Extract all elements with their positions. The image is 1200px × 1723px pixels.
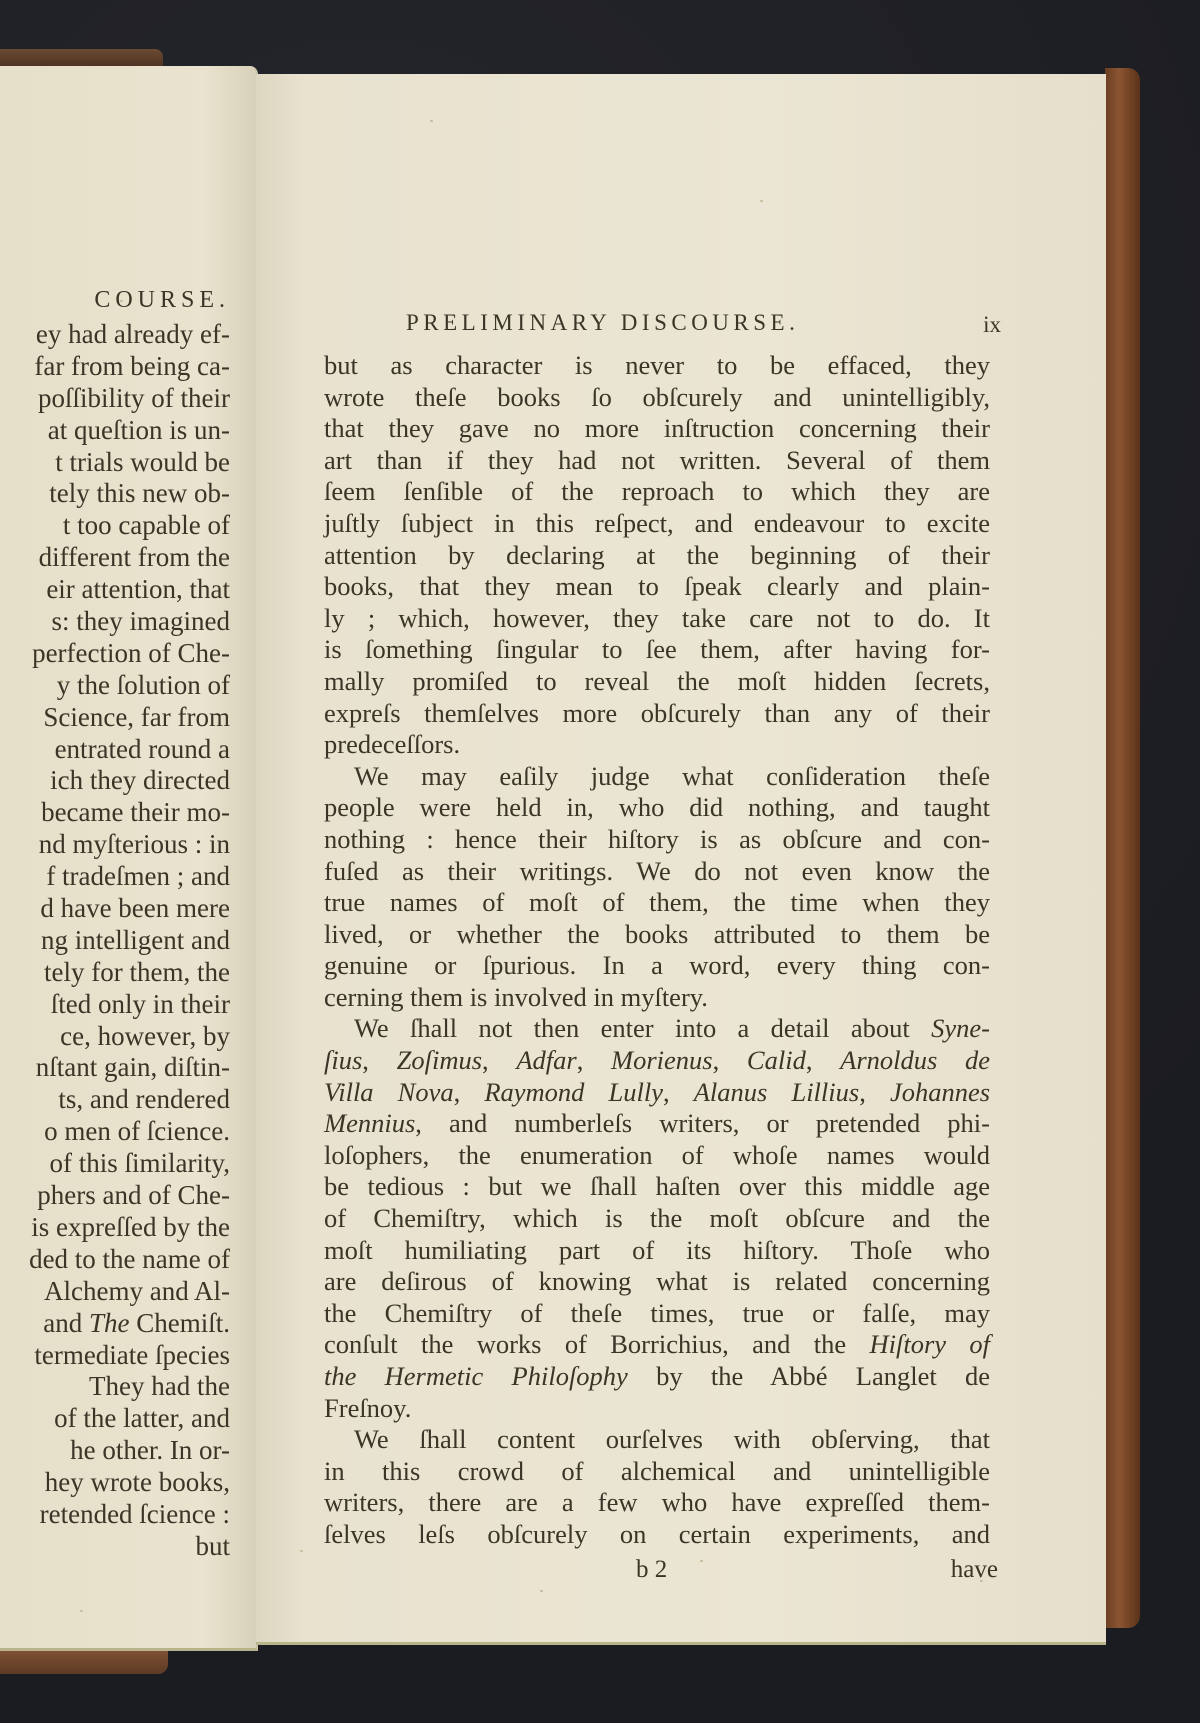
left-page-line: eir attention, that (0, 573, 230, 605)
leather-cover-edge-right (1105, 68, 1140, 1628)
text-line: fuſed as their writings. We do not even … (324, 856, 990, 888)
left-page-line: s: they imagined (0, 605, 230, 637)
paper-speck (60, 680, 63, 682)
left-page-line: ich they directed (0, 764, 230, 796)
text-line: We may eaſily judge what conſideration t… (324, 761, 990, 793)
left-page-line: became their mo- (0, 796, 230, 828)
text-line: loſophers, the enumeration of whoſe name… (324, 1140, 990, 1172)
left-page-line: ſted only in their (0, 988, 230, 1020)
left-page-line: o men of ſcience. (0, 1115, 230, 1147)
page-number: ix (983, 312, 1001, 338)
paper-speck (540, 1590, 543, 1592)
left-page-line: different from the (0, 541, 230, 573)
text-line: attention by declaring at the beginning … (324, 540, 990, 572)
text-line: of Chemiſtry, which is the moſt obſcure … (324, 1203, 990, 1235)
paragraph: but as character is never to be effaced,… (324, 350, 990, 761)
text-line: the Hermetic Philoſophy by the Abbé Lang… (324, 1361, 990, 1393)
left-page-line: f tradeſmen ; and (0, 860, 230, 892)
left-page-line: is expreſſed by the (0, 1211, 230, 1243)
left-page-line: ce, however, by (0, 1020, 230, 1052)
text-line: conſult the works of Borrichius, and the… (324, 1329, 990, 1361)
text-line: Mennius, and numberleſs writers, or pret… (324, 1108, 990, 1140)
text-line: moſt humiliating part of its hiſtory. Th… (324, 1235, 990, 1267)
text-line: ly ; which, however, they take care not … (324, 603, 990, 635)
left-page-line: far from being ca- (0, 350, 230, 382)
paragraph: We ſhall not then enter into a detail ab… (324, 1013, 990, 1424)
left-page-line: d have been mere (0, 892, 230, 924)
left-page-line: at queſtion is un- (0, 414, 230, 446)
left-page-line: tely this new ob- (0, 477, 230, 509)
left-page-line: poſſibility of their (0, 382, 230, 414)
left-page-line: nſtant gain, diſtin- (0, 1051, 230, 1083)
catchword: have (951, 1556, 998, 1584)
left-page-line: perfection of Che- (0, 637, 230, 669)
left-page-text: COURSE. ey had already ef-far from being… (0, 280, 230, 1562)
left-page-line: phers and of Che- (0, 1179, 230, 1211)
left-page-line: hey wrote books, (0, 1466, 230, 1498)
left-page-line: ts, and rendered (0, 1083, 230, 1115)
left-page-line: termediate ſpecies (0, 1339, 230, 1371)
text-line: genuine or ſpurious. In a word, every th… (324, 950, 990, 982)
left-page-line: t trials would be (0, 446, 230, 478)
text-line: are deſirous of knowing what is related … (324, 1266, 990, 1298)
text-line: ſeem ſenſible of the reproach to which t… (324, 476, 990, 508)
text-line: books, that they mean to ſpeak clearly a… (324, 571, 990, 603)
left-page-line: retended ſcience : (0, 1498, 230, 1530)
text-line: expreſs themſelves more obſcurely than a… (324, 698, 990, 730)
paper-speck (760, 200, 763, 202)
text-line: the Chemiſtry of theſe times, true or fa… (324, 1298, 990, 1330)
text-line: wrote theſe books ſo obſcurely and unint… (324, 382, 990, 414)
text-line: predeceſſors. (324, 729, 990, 761)
paragraph: We may eaſily judge what conſideration t… (324, 761, 990, 1014)
text-line: is ſomething ſingular to ſee them, after… (324, 634, 990, 666)
left-page-line: t too capable of (0, 509, 230, 541)
left-page-line: Alchemy and Al- (0, 1275, 230, 1307)
left-page-line: and The Chemiſt. (0, 1307, 230, 1339)
text-line: ſius, Zoſimus, Adfar, Morienus, Calid, A… (324, 1045, 990, 1077)
paper-speck (700, 1560, 703, 1562)
paper-speck (430, 120, 433, 122)
text-line: cerning them is involved in myſtery. (324, 982, 990, 1014)
right-page: PRELIMINARY DISCOURSE. ix but as charact… (256, 74, 1106, 1645)
text-line: be tedious : but we ſhall haſten over th… (324, 1171, 990, 1203)
left-page-line: of the latter, and (0, 1402, 230, 1434)
text-line: writers, there are a few who have expreſ… (324, 1487, 990, 1519)
left-page-line: ng intelligent and (0, 924, 230, 956)
left-page-line: nd myſterious : in (0, 828, 230, 860)
text-line: mally promiſed to reveal the moſt hidden… (324, 666, 990, 698)
running-head: PRELIMINARY DISCOURSE. (406, 310, 799, 336)
text-line: We ſhall not then enter into a detail ab… (324, 1013, 990, 1045)
left-page-line: ded to the name of (0, 1243, 230, 1275)
paragraph: We ſhall content ourſelves with obſervin… (324, 1424, 990, 1550)
left-page: COURSE. ey had already ef-far from being… (0, 66, 258, 1651)
text-line: but as character is never to be effaced,… (324, 350, 990, 382)
text-line: nothing : hence their hiſtory is as obſc… (324, 824, 990, 856)
text-line: ſelves leſs obſcurely on certain experim… (324, 1519, 990, 1551)
paper-speck (80, 1610, 83, 1612)
text-line: lived, or whether the books attributed t… (324, 919, 990, 951)
paper-speck (300, 1550, 303, 1552)
left-page-line: y the ſolution of (0, 669, 230, 701)
left-page-line: of this ſimilarity, (0, 1147, 230, 1179)
text-line: We ſhall content ourſelves with obſervin… (324, 1424, 990, 1456)
text-line: Villa Nova, Raymond Lully, Alanus Lilliu… (324, 1077, 990, 1109)
left-page-line: They had the (0, 1370, 230, 1402)
left-page-line: but (0, 1530, 230, 1562)
left-page-line: tely for them, the (0, 956, 230, 988)
text-line: true names of moſt of them, the time whe… (324, 887, 990, 919)
left-page-line: Science, far from (0, 701, 230, 733)
text-line: Freſnoy. (324, 1393, 990, 1425)
signature-mark: b 2 (636, 1556, 667, 1584)
paper-speck (120, 300, 123, 302)
body-text: but as character is never to be effaced,… (324, 350, 990, 1551)
paper-speck (980, 1580, 983, 1582)
left-page-line: entrated round a (0, 733, 230, 765)
text-line: people were held in, who did nothing, an… (324, 792, 990, 824)
text-line: in this crowd of alchemical and unintell… (324, 1456, 990, 1488)
text-line: juſtly ſubject in this reſpect, and ende… (324, 508, 990, 540)
left-running-head: COURSE. (0, 280, 230, 320)
left-page-line: he other. In or- (0, 1434, 230, 1466)
left-page-line: ey had already ef- (0, 318, 230, 350)
text-line: art than if they had not written. Severa… (324, 445, 990, 477)
text-line: that they gave no more inſtruction conce… (324, 413, 990, 445)
